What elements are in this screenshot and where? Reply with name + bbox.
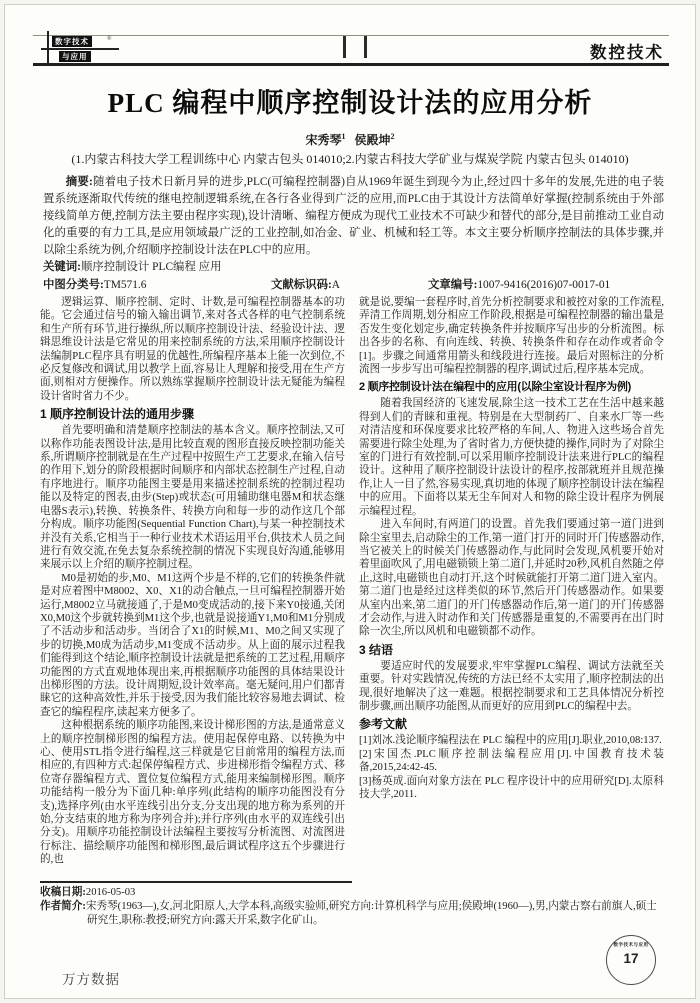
- reference-1: [1]刘冰.浅论顺序编程法在 PLC 编程中的应用[J].职业,2010,08:…: [359, 734, 664, 747]
- references-heading: 参考文献: [359, 717, 664, 732]
- article-number-label: 文章编号:: [428, 279, 477, 291]
- abstract-paragraph: 摘要:随着电子技术日新月异的进步,PLC(可编程控制器)自从1969年诞生到现今…: [43, 174, 664, 259]
- page-number: 17: [607, 951, 655, 966]
- author-bio-label: 作者简介:: [40, 901, 86, 912]
- footnote-block: 收稿日期:2016-05-03 作者简介:宋秀琴(1963—),女,河北阳原人,…: [40, 881, 664, 929]
- author-1-affil-sup: 1: [342, 132, 346, 141]
- section-1-paragraph-3: 这种根据系统的顺序功能图,来设计梯形图的方法,是通常意义上的顺序控制梯形图的编程…: [40, 719, 345, 866]
- abstract-text: 随着电子技术日新月异的进步,PLC(可编程控制器)自从1969年诞生到现今为止,…: [43, 176, 664, 256]
- reference-3: [3]杨英成.面向对象方法在 PLC 程序设计中的应用研究[D].太原科技大学,…: [359, 775, 664, 802]
- author-bio-text: 宋秀琴(1963—),女,河北阳原人,大学本科,高级实验师,研究方向:计算机科学…: [86, 901, 657, 926]
- header-bottom-rule: [33, 63, 669, 66]
- section-1-paragraph-2: M0是初始的步,M0、M1这两个步是不样的,它们的转换条件就是对应着图中M800…: [40, 572, 345, 719]
- section-3-paragraph: 要适应时代的发展要求,牢牢掌握PLC编程、调试方法就至关重要。针对实践情况,传统…: [359, 660, 664, 714]
- author-bio-line: 作者简介:宋秀琴(1963—),女,河北阳原人,大学本科,高级实验师,研究方向:…: [40, 900, 664, 928]
- scanned-page: 数字技术 与应用 ® 数控技术 PLC 编程中顺序控制设计法的应用分析 宋秀琴1…: [4, 4, 696, 999]
- body-columns: 逻辑运算、顺序控制、定时、计数,是可编程控制器基本的功能。它会通过信号的输入输出…: [40, 296, 664, 882]
- section-2-paragraph-2: 进入车间时,有两道门的设置。首先我们要通过第一道门进到除尘室里去,启动除尘的工作…: [359, 518, 664, 639]
- logo-title-bottom: 与应用: [59, 51, 91, 62]
- journal-logo: 数字技术 与应用 ®: [41, 33, 161, 65]
- author-1: 宋秀琴1: [305, 133, 345, 147]
- keywords-label: 关键词:: [43, 261, 81, 273]
- meta-row: 中图分类号:TM571.6 文献标识码:A 文章编号:1007-9416(201…: [43, 277, 664, 294]
- author-2: 侯殿坤2: [355, 133, 395, 147]
- author-2-affil-sup: 2: [391, 132, 395, 141]
- footnote-separator-rule: [40, 881, 352, 883]
- clc-label: 中图分类号:: [43, 279, 104, 291]
- page-number-stamp: 数字技术与应用 17: [606, 935, 656, 985]
- reference-2: [2]宋国杰.PLC顺序控制法编程应用[J].中国教育技术装备,2015,24:…: [359, 748, 664, 775]
- stamp-journal-text: 数字技术与应用: [607, 942, 655, 948]
- document-code-label: 文献标识码:: [271, 279, 332, 291]
- registered-mark-icon: ®: [107, 36, 112, 42]
- logo-title-top: 数字技术: [52, 36, 92, 47]
- received-date-line: 收稿日期:2016-05-03: [40, 886, 664, 900]
- section-2-heading: 2 顺序控制设计法在编程中的应用(以除尘室设计程序为例): [359, 380, 664, 395]
- received-date-label: 收稿日期:: [40, 887, 86, 898]
- author-1-name: 宋秀琴: [305, 133, 341, 147]
- right-column: 就是说,要编一套程序时,首先分析控制要求和被控对象的工作流程,弄清工作周期,划分…: [359, 296, 664, 882]
- keywords-line: 关键词:顺序控制设计 PLC编程 应用: [43, 259, 664, 276]
- author-2-name: 侯殿坤: [355, 133, 391, 147]
- document-code-value: A: [332, 279, 340, 291]
- left-column: 逻辑运算、顺序控制、定时、计数,是可编程控制器基本的功能。它会通过信号的输入输出…: [40, 296, 345, 882]
- intro-paragraph: 逻辑运算、顺序控制、定时、计数,是可编程控制器基本的功能。它会通过信号的输入输出…: [40, 296, 345, 403]
- wanfang-watermark: 万方数据: [62, 968, 120, 988]
- abstract-label: 摘要:: [66, 176, 93, 188]
- article-number: 文章编号:1007-9416(2016)07-0017-01: [428, 277, 610, 294]
- affiliation-line: (1.内蒙古科技大学工程训练中心 内蒙古包头 014010;2.内蒙古科技大学矿…: [5, 150, 695, 167]
- article-title: PLC 编程中顺序控制设计法的应用分析: [5, 81, 695, 120]
- section-1-heading: 1 顺序控制设计法的通用步骤: [40, 407, 345, 422]
- section-1-paragraph-3-continued: 就是说,要编一套程序时,首先分析控制要求和被控对象的工作流程,弄清工作周期,划分…: [359, 296, 664, 376]
- keywords-text: 顺序控制设计 PLC编程 应用: [81, 261, 222, 273]
- header-tick-right: [364, 36, 367, 58]
- document-code: 文献标识码:A: [271, 277, 428, 294]
- received-date-value: 2016-05-03: [86, 887, 135, 898]
- journal-section-name: 数控技术: [590, 39, 664, 63]
- section-1-paragraph-1: 首先要明确和清楚顺序控制法的基本含义。顺序控制法,又可以称作功能表图设计法,是用…: [40, 424, 345, 571]
- header-tick-left: [343, 36, 346, 58]
- section-3-heading: 3 结语: [359, 643, 664, 658]
- section-2-paragraph-1: 随着我国经济的飞速发展,除尘这一技术工艺在生活中越来越得到人们的青睐和重视。特别…: [359, 397, 664, 518]
- article-number-value: 1007-9416(2016)07-0017-01: [477, 279, 610, 291]
- clc-number: 中图分类号:TM571.6: [43, 277, 271, 294]
- logo-horizontal-line: [41, 48, 119, 50]
- clc-value: TM571.6: [104, 279, 147, 291]
- front-matter: 摘要:随着电子技术日新月异的进步,PLC(可编程控制器)自从1969年诞生到现今…: [43, 174, 664, 294]
- author-line: 宋秀琴1 侯殿坤2: [5, 131, 695, 148]
